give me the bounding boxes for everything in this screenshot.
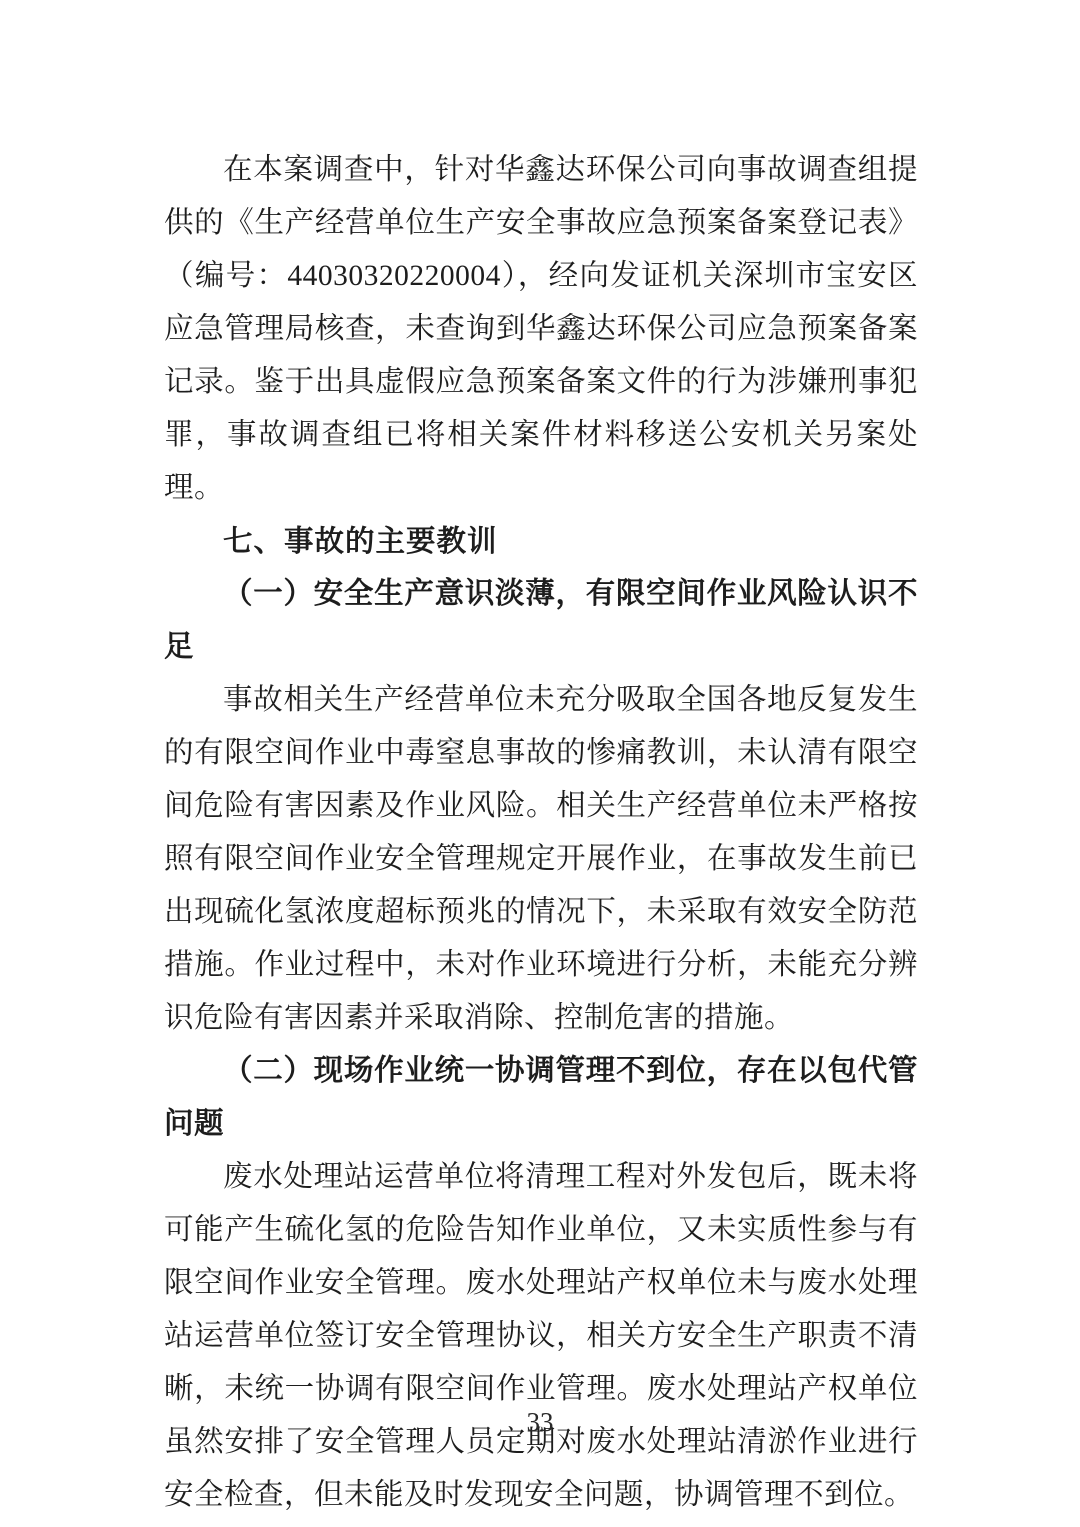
section-heading: 七、事故的主要教训 xyxy=(164,515,918,568)
document-page: 在本案调查中，针对华鑫达环保公司向事故调查组提供的《生产经营单位生产安全事故应急… xyxy=(0,0,1080,1527)
page-number: 33 xyxy=(0,1402,1080,1442)
subsection-2-heading: （二）现场作业统一协调管理不到位，存在以包代管问题 xyxy=(164,1045,918,1151)
intro-paragraph: 在本案调查中，针对华鑫达环保公司向事故调查组提供的《生产经营单位生产安全事故应急… xyxy=(164,144,918,515)
subsection-1-heading: （一）安全生产意识淡薄，有限空间作业风险认识不足 xyxy=(164,568,918,674)
subsection-1-paragraph: 事故相关生产经营单位未充分吸取全国各地反复发生的有限空间作业中毒窒息事故的惨痛教… xyxy=(164,674,918,1045)
subsection-2-paragraph: 废水处理站运营单位将清理工程对外发包后，既未将可能产生硫化氢的危险告知作业单位，… xyxy=(164,1151,918,1522)
